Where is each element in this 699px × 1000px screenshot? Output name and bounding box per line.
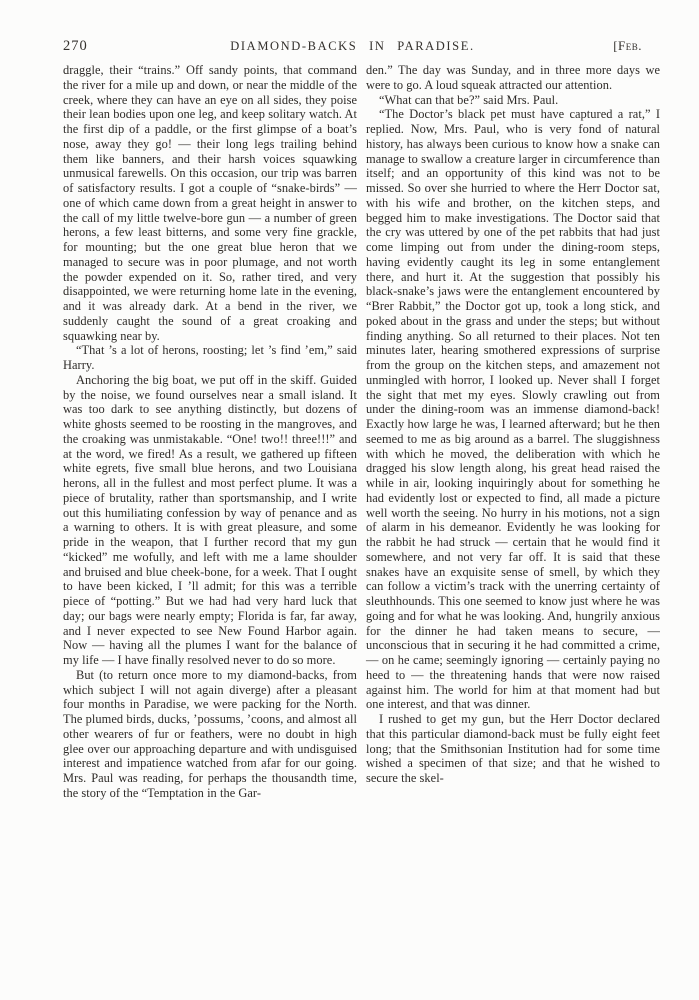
right-column: den.” The day was Sunday, and in three m… [366,63,660,801]
paragraph: I rushed to get my gun, but the Herr Doc… [366,712,660,786]
book-page: 270 DIAMOND-BACKS IN PARADISE. [Feb. dra… [0,0,699,1000]
paragraph: But (to return once more to my diamond-b… [63,668,357,801]
running-title: DIAMOND-BACKS IN PARADISE. [230,39,474,54]
text-columns: draggle, their “trains.” Off sandy point… [63,63,660,801]
paragraph: “What can that be?” said Mrs. Paul. [366,93,660,108]
left-column: draggle, their “trains.” Off sandy point… [63,63,357,801]
paragraph: draggle, their “trains.” Off sandy point… [63,63,357,343]
paragraph: “The Doctor’s black pet must have captur… [366,107,660,712]
issue-label: [Feb. [475,38,660,54]
paragraph: den.” The day was Sunday, and in three m… [366,63,660,93]
page-number: 270 [63,38,230,55]
paragraph: Anchoring the big boat, we put off in th… [63,373,357,668]
page-header: 270 DIAMOND-BACKS IN PARADISE. [Feb. [63,38,660,53]
paragraph: “That ’s a lot of herons, roosting; let … [63,343,357,373]
